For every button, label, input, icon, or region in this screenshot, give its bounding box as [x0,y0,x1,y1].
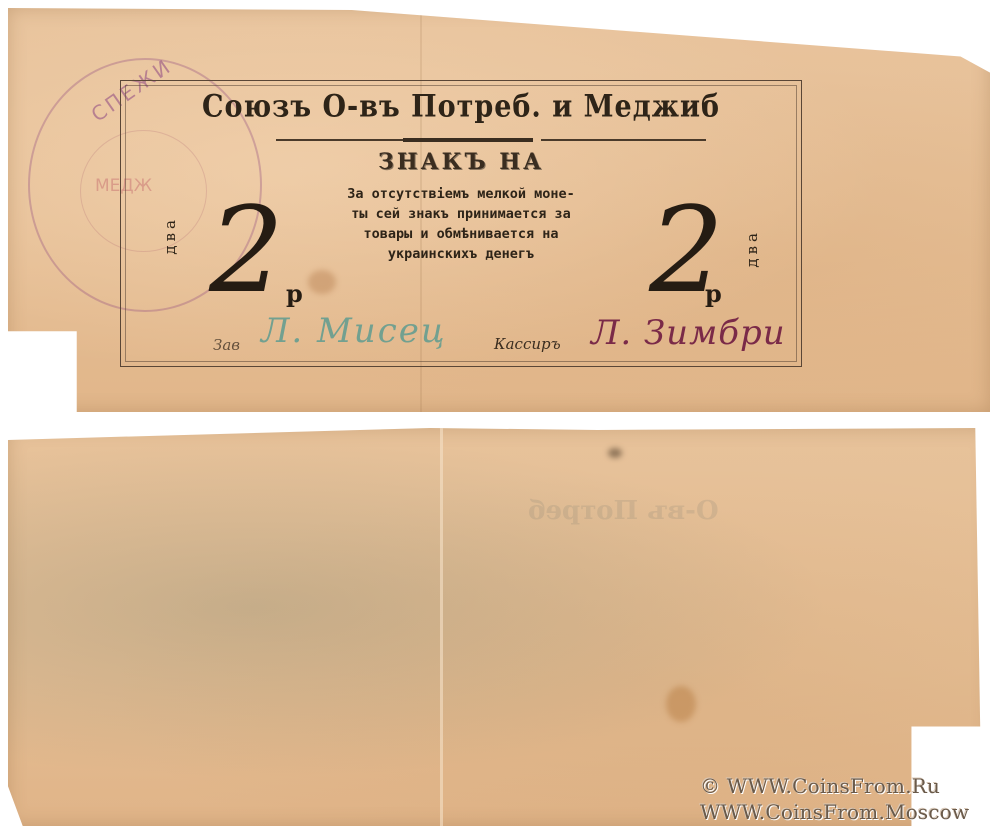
watermark-line1: © WWW.CoinsFrom.Ru [700,774,940,798]
manager-label: Зав [213,336,240,354]
note-text-line: украинскихъ денегъ [281,244,641,264]
show-through-text: О-въ Потреб [528,496,719,526]
denomination-word-right: два [743,229,761,268]
issuer-title: Союзъ О-въ Потреб. и Меджиб [121,89,801,125]
stain [608,448,622,458]
banknote-back: О-въ Потреб [8,428,990,826]
printed-frame: Союзъ О-въ Потреб. и Меджиб ЗНАКЪ НА За … [120,80,802,367]
denomination-unit-right: р [705,279,722,308]
note-subtitle: ЗНАКЪ НА [121,149,801,175]
denomination-unit-left: р [286,279,303,308]
note-text: За отсутствіемъ мелкой моне- ты сей знак… [281,184,641,264]
separator-line [403,138,533,142]
separator-line [541,139,706,141]
note-text-line: ты сей знакъ принимается за [281,204,641,224]
note-text-line: За отсутствіемъ мелкой моне- [281,184,641,204]
watermark-line2: WWW.CoinsFrom.Moscow [700,800,969,824]
stain [666,686,696,722]
separator-line [276,139,406,141]
cashier-label: Кассиръ [494,335,561,353]
banknote-front: СПЕЖИ МЕДЖ Союзъ О-въ Потреб. и Меджиб З… [8,8,990,412]
denomination-left: 2 [209,191,284,309]
note-text-line: товары и обмѣнивается на [281,224,641,244]
cashier-signature: Л. Зимбри [591,313,786,353]
manager-signature: Л. Мисец [261,311,447,351]
denomination-word-left: два [161,216,179,255]
